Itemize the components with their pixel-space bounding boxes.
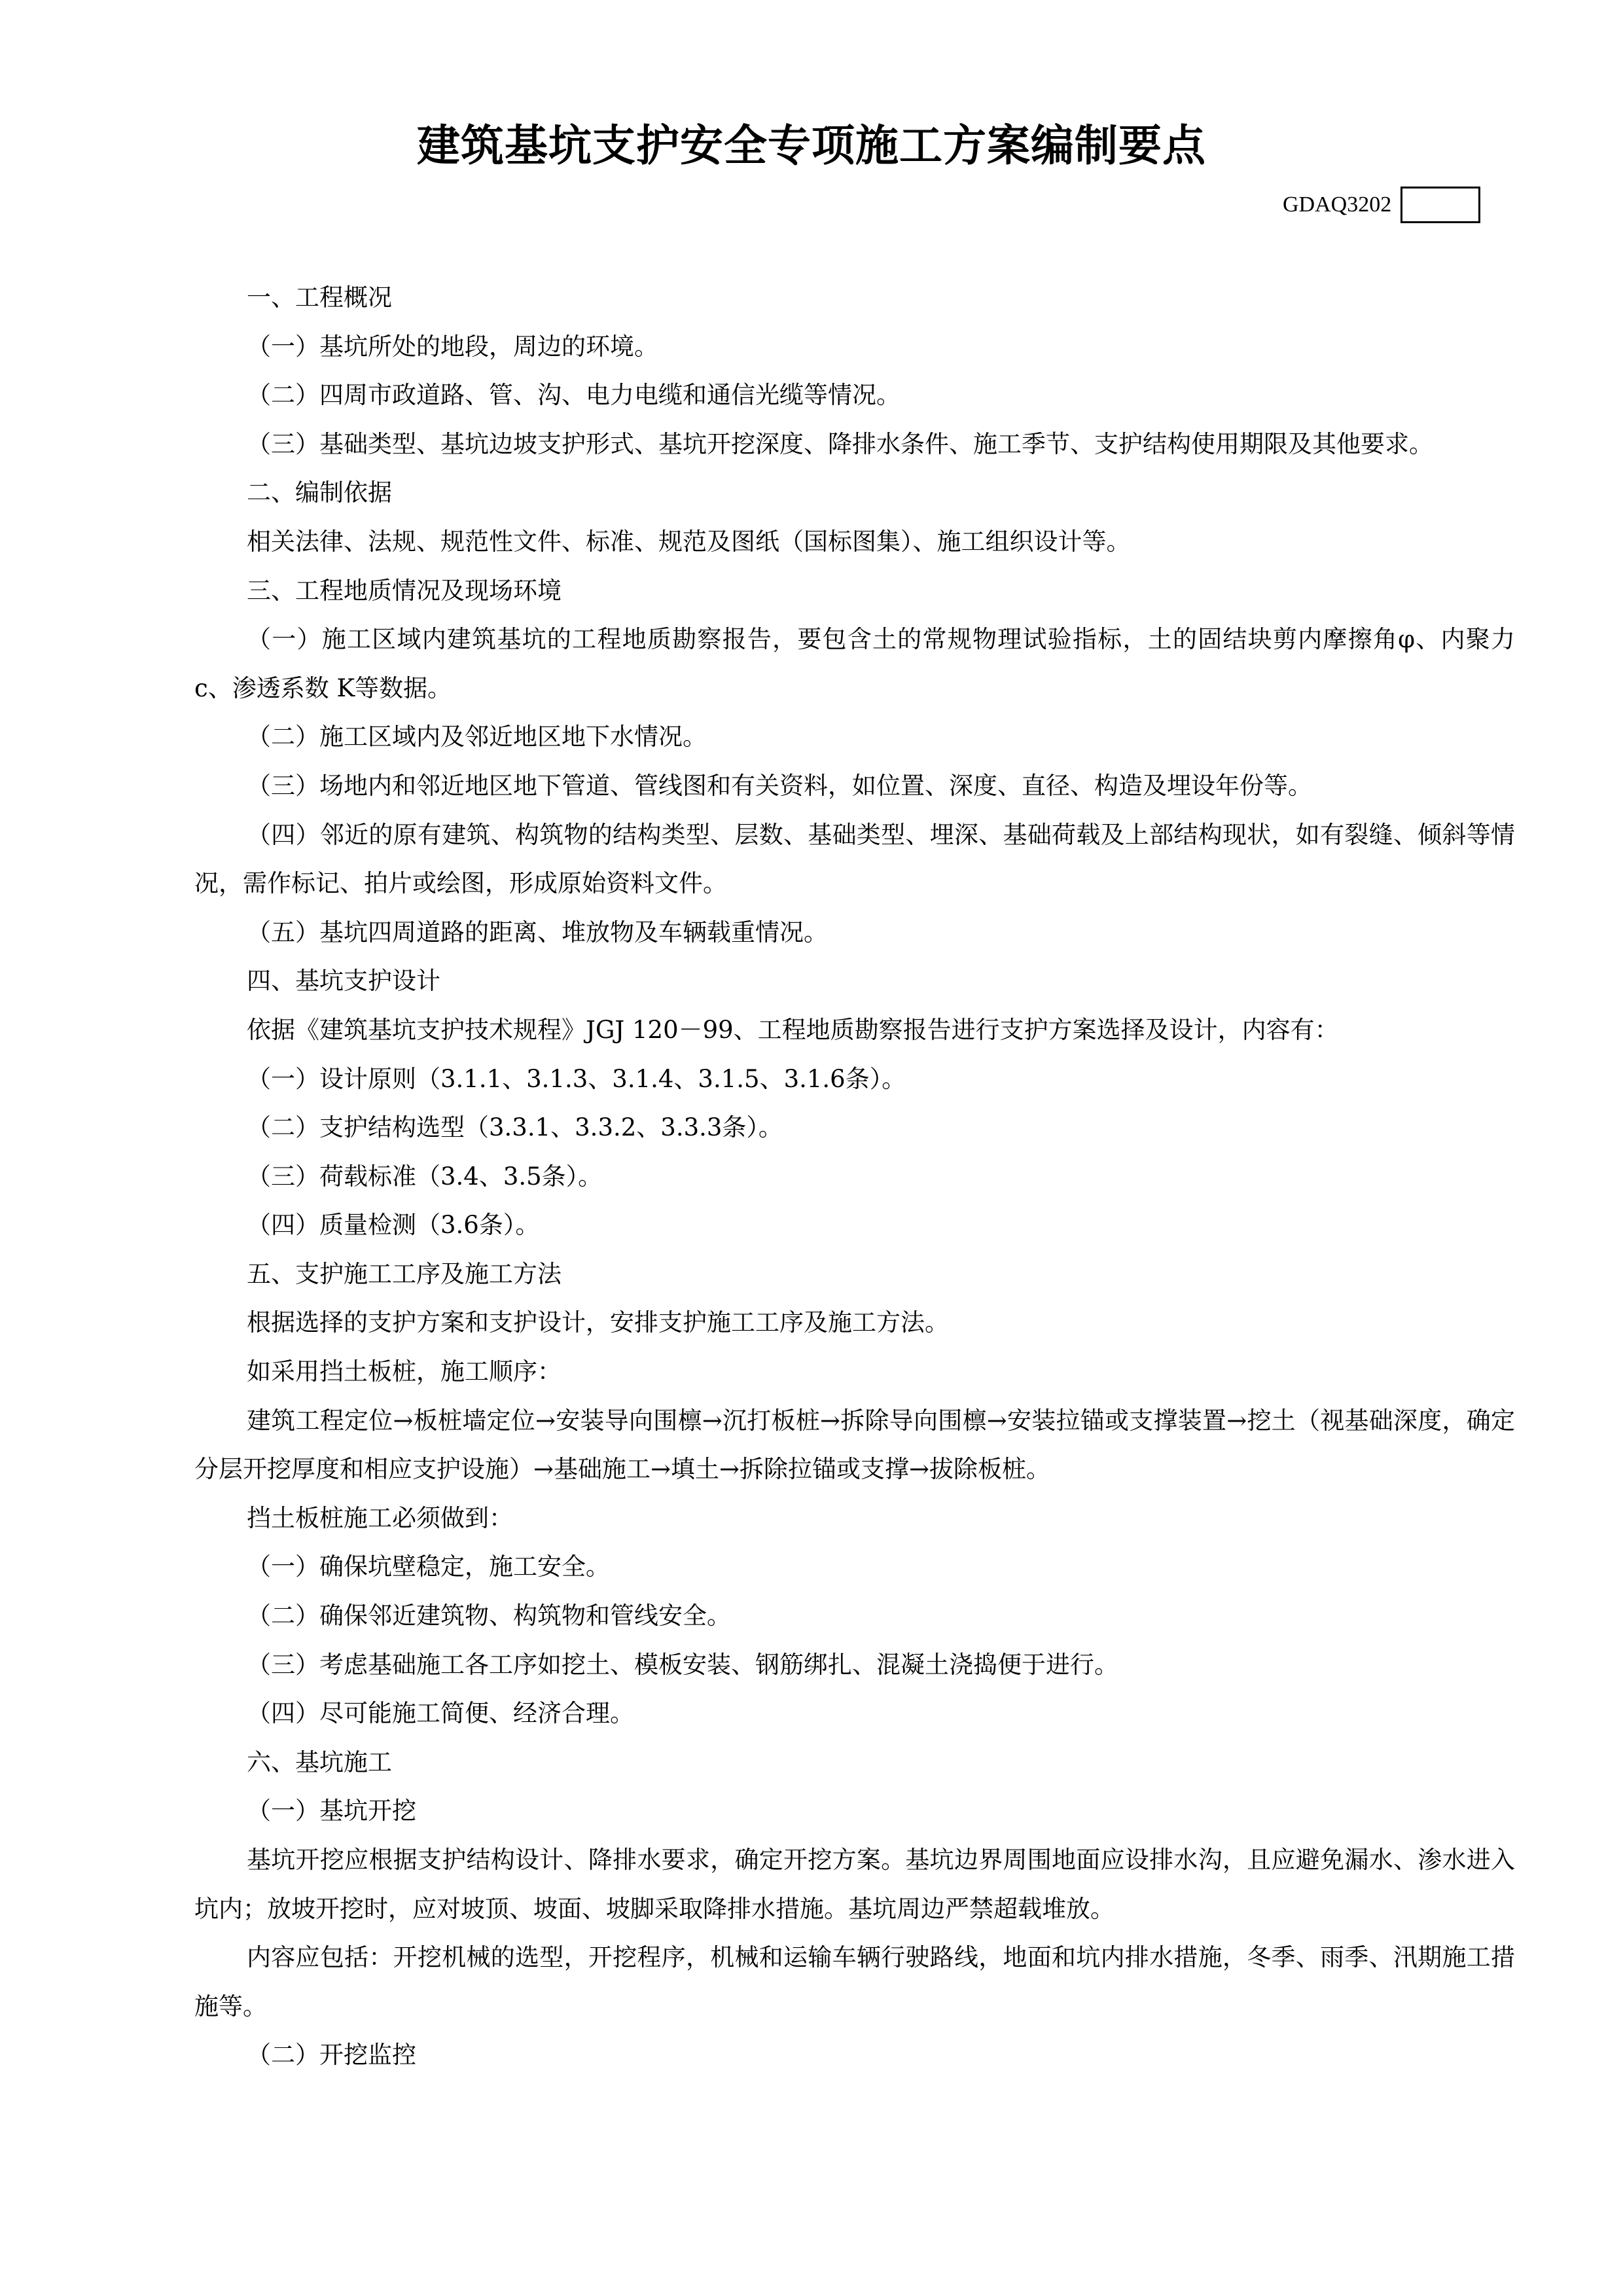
paragraph: 依据《建筑基坑支护技术规程》JGJ 120－99、工程地质勘察报告进行支护方案选… <box>194 1006 1515 1055</box>
form-code-box <box>1400 187 1480 223</box>
paragraph: （五）基坑四周道路的距离、堆放物及车辆载重情况。 <box>194 908 1515 958</box>
paragraph: 挡土板桩施工必须做到： <box>194 1494 1515 1543</box>
document-title: 建筑基坑支护安全专项施工方案编制要点 <box>0 117 1623 175</box>
paragraph: （二）确保邻近建筑物、构筑物和管线安全。 <box>194 1592 1515 1641</box>
construction-sequence: 建筑工程定位→板桩墙定位→安装导向围檩→沉打板桩→拆除导向围檩→安装拉锚或支撑装… <box>194 1397 1515 1494</box>
paragraph: （一）确保坑壁稳定，施工安全。 <box>194 1543 1515 1592</box>
paragraph: （三）考虑基础施工各工序如挖土、模板安装、钢筋绑扎、混凝土浇捣便于进行。 <box>194 1641 1515 1690</box>
paragraph: （二）四周市政道路、管、沟、电力电缆和通信光缆等情况。 <box>194 371 1515 420</box>
paragraph: （二）施工区域内及邻近地区地下水情况。 <box>194 713 1515 762</box>
paragraph: 内容应包括：开挖机械的选型，开挖程序，机械和运输车辆行驶路线，地面和坑内排水措施… <box>194 1933 1515 2031</box>
form-code-row: GDAQ3202 <box>1283 185 1480 224</box>
section-heading-2: 二、编制依据 <box>194 469 1515 518</box>
paragraph: 根据选择的支护方案和支护设计，安排支护施工工序及施工方法。 <box>194 1299 1515 1348</box>
paragraph: （一）施工区域内建筑基坑的工程地质勘察报告，要包含土的常规物理试验指标，土的固结… <box>194 615 1515 713</box>
paragraph: 基坑开挖应根据支护结构设计、降排水要求，确定开挖方案。基坑边界周围地面应设排水沟… <box>194 1836 1515 1933</box>
paragraph: （四）质量检测（3.6条）。 <box>194 1201 1515 1250</box>
paragraph: （一）设计原则（3.1.1、3.1.3、3.1.4、3.1.5、3.1.6条）。 <box>194 1055 1515 1104</box>
paragraph: （四）邻近的原有建筑、构筑物的结构类型、层数、基础类型、埋深、基础荷载及上部结构… <box>194 811 1515 908</box>
section-heading-5: 五、支护施工工序及施工方法 <box>194 1250 1515 1299</box>
paragraph: （二）支护结构选型（3.3.1、3.3.2、3.3.3条）。 <box>194 1103 1515 1153</box>
section-heading-1: 一、工程概况 <box>194 274 1515 323</box>
subsection-heading: （二）开挖监控 <box>194 2031 1515 2080</box>
paragraph: （一）基坑所处的地段，周边的环境。 <box>194 323 1515 372</box>
paragraph: 如采用挡土板桩，施工顺序： <box>194 1348 1515 1397</box>
paragraph: （四）尽可能施工简便、经济合理。 <box>194 1689 1515 1738</box>
paragraph: （三）荷载标准（3.4、3.5条）。 <box>194 1153 1515 1202</box>
paragraph: （三）场地内和邻近地区地下管道、管线图和有关资料，如位置、深度、直径、构造及埋设… <box>194 762 1515 811</box>
form-code: GDAQ3202 <box>1283 192 1391 217</box>
section-heading-3: 三、工程地质情况及现场环境 <box>194 567 1515 616</box>
subsection-heading: （一）基坑开挖 <box>194 1787 1515 1836</box>
section-heading-6: 六、基坑施工 <box>194 1738 1515 1787</box>
document-body: 一、工程概况 （一）基坑所处的地段，周边的环境。 （二）四周市政道路、管、沟、电… <box>194 274 1515 2080</box>
section-heading-4: 四、基坑支护设计 <box>194 957 1515 1006</box>
paragraph: （三）基础类型、基坑边坡支护形式、基坑开挖深度、降排水条件、施工季节、支护结构使… <box>194 420 1515 469</box>
paragraph: 相关法律、法规、规范性文件、标准、规范及图纸（国标图集）、施工组织设计等。 <box>194 518 1515 567</box>
